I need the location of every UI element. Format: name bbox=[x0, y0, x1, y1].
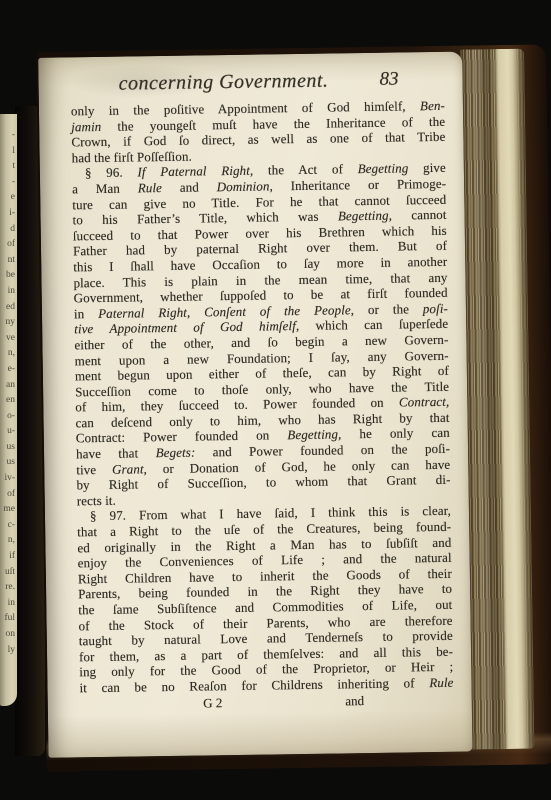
facing-text-fragment: en bbox=[0, 393, 17, 409]
text-block: only in the poſitive Appointment of God … bbox=[71, 98, 454, 696]
facing-text-fragment: in bbox=[0, 284, 17, 300]
facing-text-fragment: u- bbox=[0, 424, 17, 440]
facing-text-fragment: e bbox=[0, 190, 17, 206]
facing-text-fragment: - bbox=[0, 175, 17, 191]
paragraph: only in the poſitive Appointment of God … bbox=[71, 98, 446, 166]
facing-text-fragment: iv- bbox=[0, 471, 17, 487]
facing-text-fragment: ful bbox=[0, 611, 17, 627]
facing-text-fragment: c- bbox=[0, 518, 17, 534]
facing-text-fragment: l bbox=[0, 144, 17, 160]
book-fore-edge bbox=[460, 49, 534, 750]
facing-text-fragment: i- bbox=[0, 206, 17, 222]
paragraph: § 97. From what I have ſaid, I think thi… bbox=[77, 503, 454, 696]
facing-text-fragment: an bbox=[0, 378, 17, 394]
catchword: and bbox=[345, 693, 364, 709]
facing-text-fragment: ve bbox=[0, 331, 17, 347]
facing-text-fragment: ly bbox=[0, 643, 17, 659]
book-page: concerning Government. 83 only in the po… bbox=[38, 52, 472, 758]
facing-text-fragment: o- bbox=[0, 409, 17, 425]
page-number: 83 bbox=[379, 67, 398, 93]
book: concerning Government. 83 only in the po… bbox=[28, 38, 551, 772]
facing-text-fragment: d bbox=[0, 222, 17, 238]
facing-text-fragment: us bbox=[0, 440, 17, 456]
facing-text-fragment: me bbox=[0, 502, 17, 518]
facing-text-fragment: e- bbox=[0, 362, 17, 378]
facing-text-fragment: on bbox=[0, 627, 17, 643]
facing-text-fragment: re. bbox=[0, 580, 17, 596]
facing-text-fragment: n, bbox=[0, 346, 17, 362]
facing-text-fragment: of bbox=[0, 237, 17, 253]
paragraph: § 96. If Paternal Right, the Act of Bege… bbox=[72, 160, 451, 509]
running-header: concerning Government. 83 bbox=[70, 66, 444, 98]
facing-text-fragment: - bbox=[0, 128, 17, 144]
facing-text-fragment: uſt bbox=[0, 565, 17, 581]
signature-mark: G 2 bbox=[203, 695, 222, 711]
facing-text-fragment: if bbox=[0, 549, 17, 565]
facing-text-fragment: t bbox=[0, 159, 17, 175]
facing-text-fragment: in bbox=[0, 596, 17, 612]
facing-text-fragment: be bbox=[0, 268, 17, 284]
facing-page-fragments: -lt-ei-dofntbeinednyven,e-aneno-u-ususiv… bbox=[0, 128, 17, 658]
running-title: concerning Government. bbox=[118, 70, 328, 95]
facing-text-fragment: ed bbox=[0, 300, 17, 316]
facing-text-fragment: nt bbox=[0, 253, 17, 269]
facing-text-fragment: us bbox=[0, 455, 17, 471]
facing-text-fragment: n, bbox=[0, 533, 17, 549]
facing-page-sliver: -lt-ei-dofntbeinednyven,e-aneno-u-ususiv… bbox=[0, 114, 17, 706]
facing-text-fragment: of bbox=[0, 487, 17, 503]
facing-text-fragment: ny bbox=[0, 315, 17, 331]
